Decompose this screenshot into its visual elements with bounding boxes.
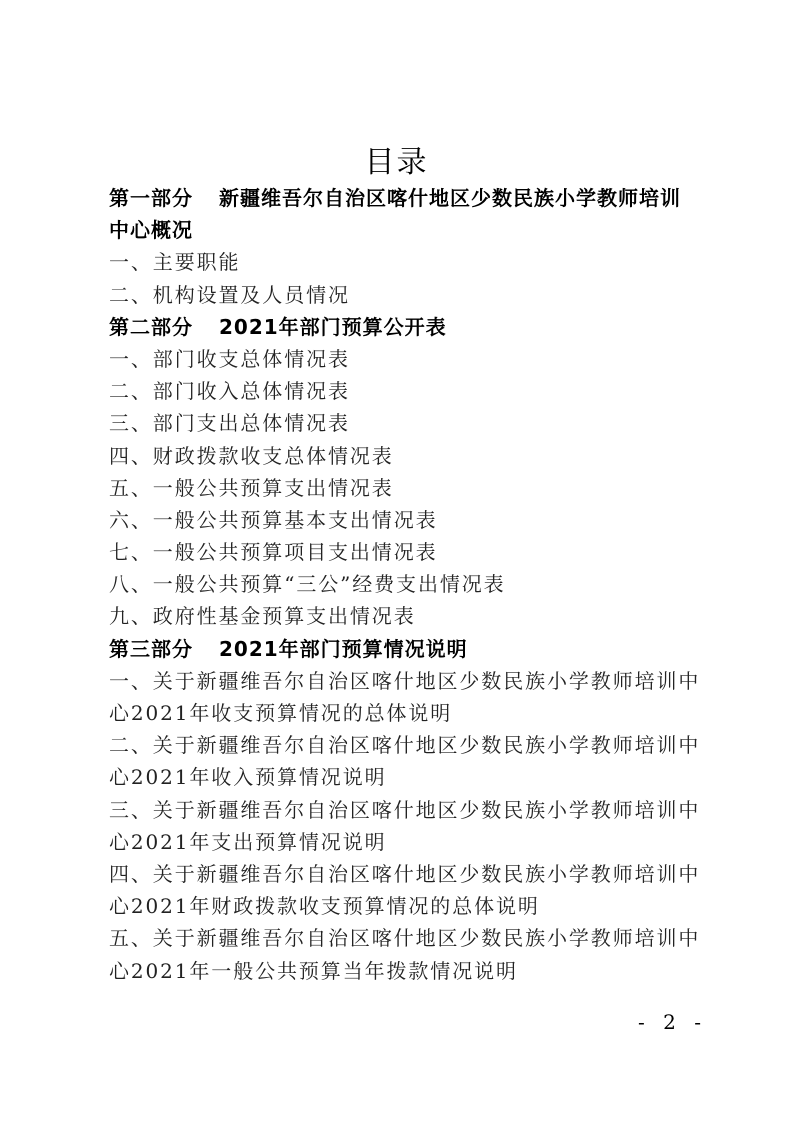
part-title: 2021年部门预算情况说明 xyxy=(219,637,468,661)
toc-item[interactable]: 八、一般公共预算“三公”经费支出情况表 xyxy=(109,568,699,600)
toc-item[interactable]: 五、一般公共预算支出情况表 xyxy=(109,472,699,504)
toc-item[interactable]: 二、部门收入总体情况表 xyxy=(109,375,699,407)
part-title: 2021年部门预算公开表 xyxy=(219,315,447,339)
part-title-cont: 中心概况 xyxy=(109,218,193,242)
toc-part-2-heading[interactable]: 第二部分2021年部门预算公开表 xyxy=(109,311,699,343)
page-number: - 2 - xyxy=(638,1010,707,1034)
toc-item[interactable]: 六、一般公共预算基本支出情况表 xyxy=(109,504,699,536)
toc-item[interactable]: 一、部门收支总体情况表 xyxy=(109,343,699,375)
toc-item[interactable]: 一、主要职能 xyxy=(109,246,699,278)
part-title: 新疆维吾尔自治区喀什地区少数民族小学教师培训 xyxy=(219,186,681,210)
table-of-contents: 第一部分新疆维吾尔自治区喀什地区少数民族小学教师培训 中心概况 一、主要职能 二… xyxy=(109,182,699,987)
toc-item[interactable]: 四、财政拨款收支总体情况表 xyxy=(109,440,699,472)
toc-item[interactable]: 九、政府性基金预算支出情况表 xyxy=(109,600,699,632)
toc-part-3-heading[interactable]: 第三部分2021年部门预算情况说明 xyxy=(109,633,699,665)
part-label: 第三部分 xyxy=(109,637,193,661)
toc-item-cont[interactable]: 心2021年财政拨款收支预算情况的总体说明 xyxy=(109,890,699,922)
toc-item-cont[interactable]: 心2021年收支预算情况的总体说明 xyxy=(109,697,699,729)
toc-part-1-heading[interactable]: 第一部分新疆维吾尔自治区喀什地区少数民族小学教师培训 xyxy=(109,182,699,214)
part-label: 第一部分 xyxy=(109,186,193,210)
toc-item[interactable]: 三、部门支出总体情况表 xyxy=(109,407,699,439)
toc-item[interactable]: 二、机构设置及人员情况 xyxy=(109,279,699,311)
toc-item-cont[interactable]: 心2021年收入预算情况说明 xyxy=(109,761,699,793)
toc-part-1-heading-cont[interactable]: 中心概况 xyxy=(109,214,699,246)
toc-item[interactable]: 五、关于新疆维吾尔自治区喀什地区少数民族小学教师培训中 xyxy=(109,922,699,954)
toc-item[interactable]: 二、关于新疆维吾尔自治区喀什地区少数民族小学教师培训中 xyxy=(109,729,699,761)
toc-item[interactable]: 七、一般公共预算项目支出情况表 xyxy=(109,536,699,568)
page-title: 目录 xyxy=(0,143,793,183)
part-label: 第二部分 xyxy=(109,315,193,339)
toc-item[interactable]: 三、关于新疆维吾尔自治区喀什地区少数民族小学教师培训中 xyxy=(109,794,699,826)
toc-item[interactable]: 一、关于新疆维吾尔自治区喀什地区少数民族小学教师培训中 xyxy=(109,665,699,697)
toc-item-cont[interactable]: 心2021年一般公共预算当年拨款情况说明 xyxy=(109,955,699,987)
toc-item-cont[interactable]: 心2021年支出预算情况说明 xyxy=(109,826,699,858)
toc-item[interactable]: 四、关于新疆维吾尔自治区喀什地区少数民族小学教师培训中 xyxy=(109,858,699,890)
